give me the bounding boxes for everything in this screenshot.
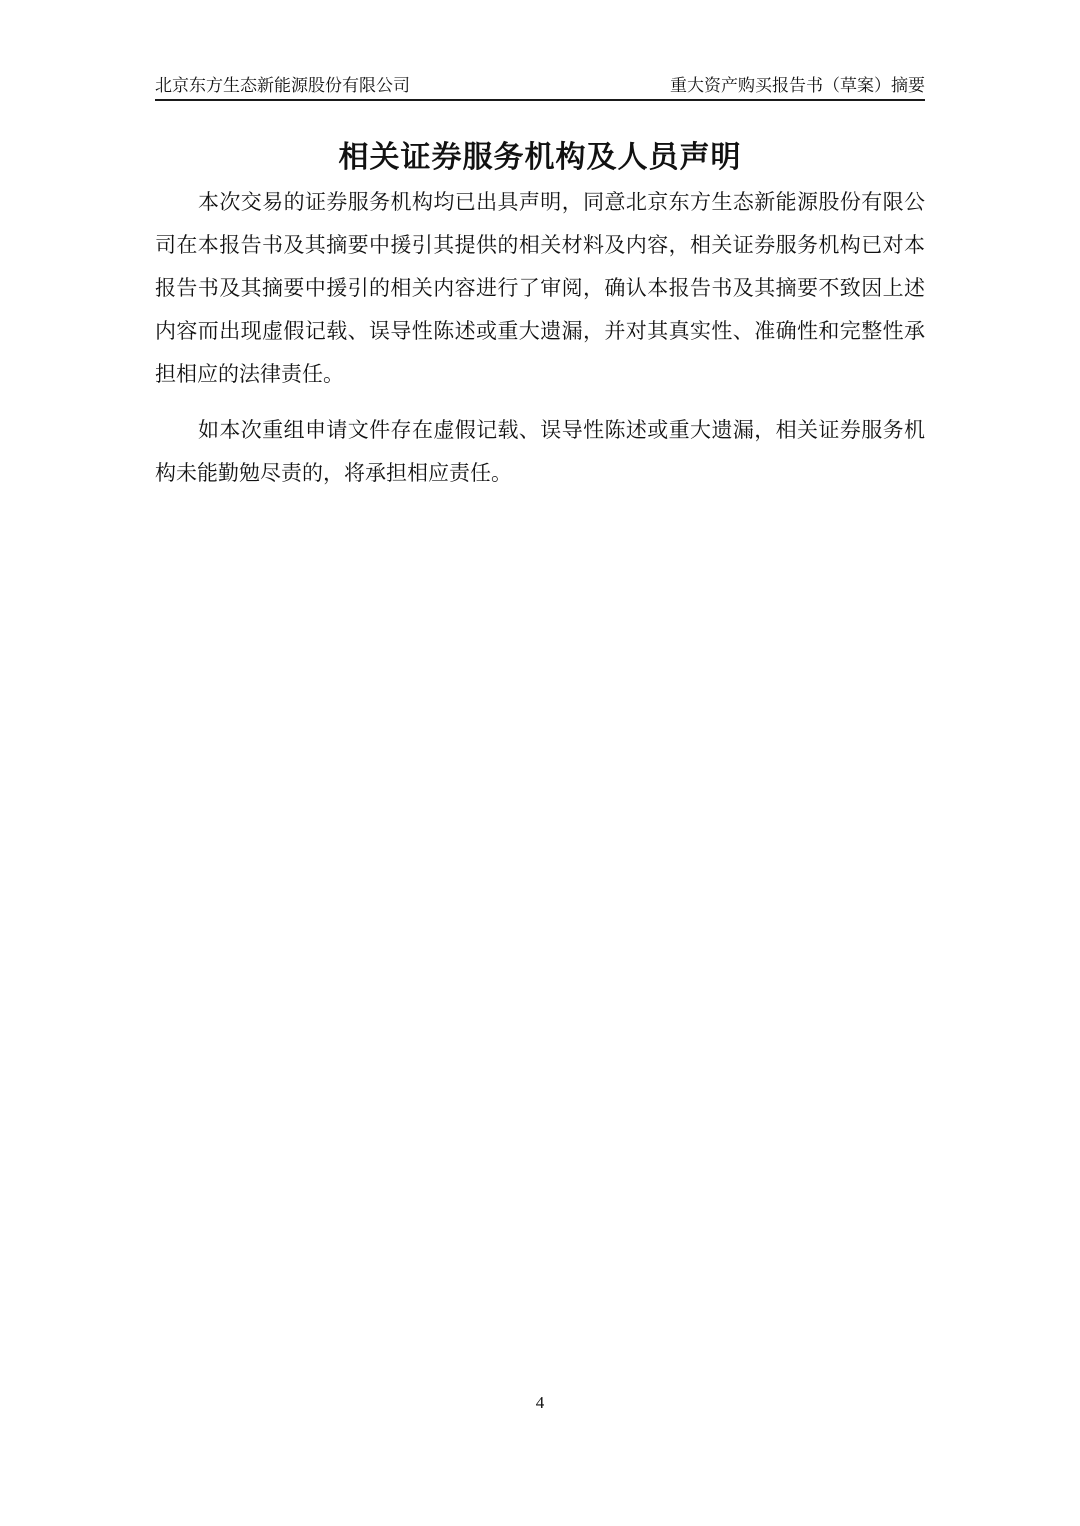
body-text: 本次交易的证券服务机构均已出具声明，同意北京东方生态新能源股份有限公司在本报告书… bbox=[155, 181, 925, 495]
header-report-title: 重大资产购买报告书（草案）摘要 bbox=[670, 76, 925, 96]
header-company-name: 北京东方生态新能源股份有限公司 bbox=[155, 76, 410, 96]
page-footer: 4 bbox=[0, 1392, 1080, 1414]
section-title: 相关证券服务机构及人员声明 bbox=[0, 138, 1080, 178]
paragraph-1: 本次交易的证券服务机构均已出具声明，同意北京东方生态新能源股份有限公司在本报告书… bbox=[155, 181, 925, 396]
page-number: 4 bbox=[536, 1393, 545, 1412]
page-header: 北京东方生态新能源股份有限公司 重大资产购买报告书（草案）摘要 bbox=[155, 76, 925, 101]
document-page: 北京东方生态新能源股份有限公司 重大资产购买报告书（草案）摘要 相关证券服务机构… bbox=[0, 0, 1080, 1526]
paragraph-2: 如本次重组申请文件存在虚假记载、误导性陈述或重大遗漏，相关证券服务机构未能勤勉尽… bbox=[155, 409, 925, 495]
